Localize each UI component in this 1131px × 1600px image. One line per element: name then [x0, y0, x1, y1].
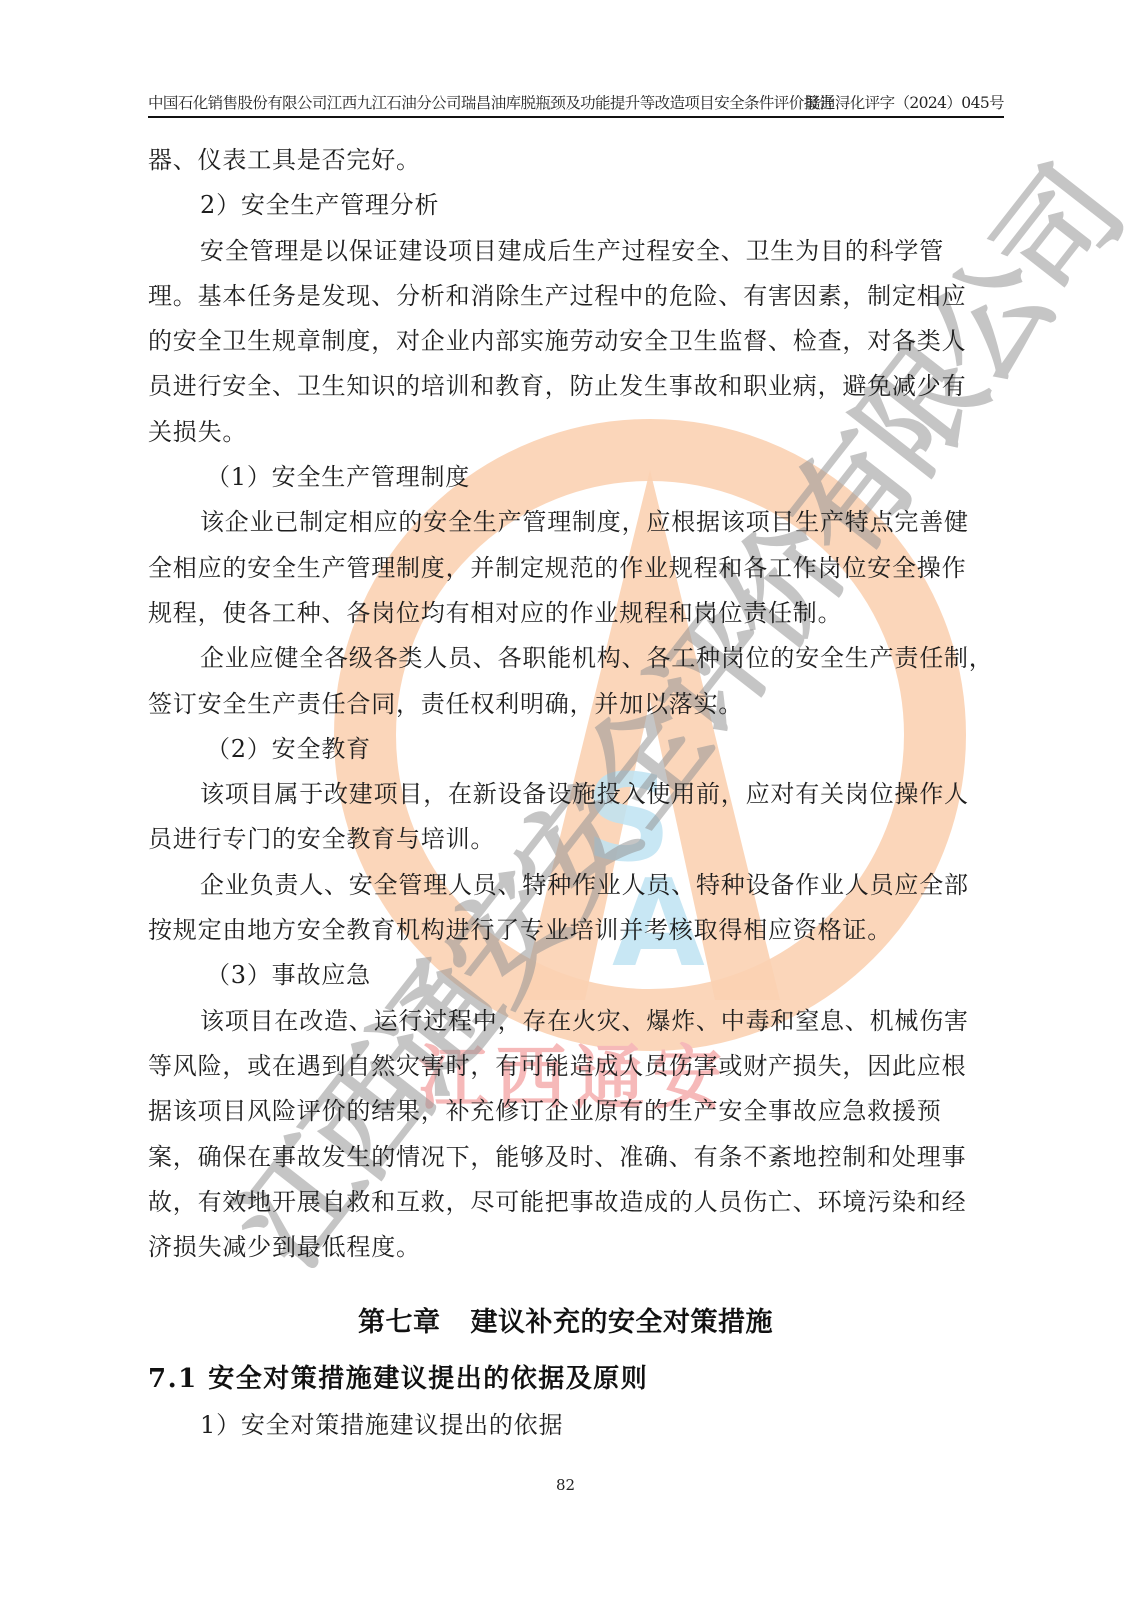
paragraph-line: 关损失。 [148, 410, 1008, 455]
report-reference-number: 赣通浔化评字（2024）045号 [805, 92, 1004, 114]
paragraph-line: 器、仪表工具是否完好。 [148, 138, 1008, 183]
paragraph-line: 签订安全生产责任合同，责任权利明确，并加以落实。 [148, 682, 1008, 727]
document-page: S A 江西通安 江西通安安全评价有限公司 中国石化销售股份有限公司江西九江石油… [0, 0, 1131, 1600]
item-heading: （1）安全生产管理制度 [148, 455, 1008, 500]
paragraph-line: 企业应健全各级各类人员、各职能机构、各工种岗位的安全生产责任制， [148, 636, 1008, 681]
section-heading: 7.1 安全对策措施建议提出的依据及原则 [148, 1358, 648, 1395]
paragraph-line: 等风险，或在遇到自然灾害时，有可能造成人员伤害或财产损失，因此应根 [148, 1044, 1008, 1089]
paragraph-line: 案，确保在事故发生的情况下，能够及时、准确、有条不紊地控制和处理事 [148, 1135, 1008, 1180]
running-header: 中国石化销售股份有限公司江西九江石油分公司瑞昌油库脱瓶颈及功能提升等改造项目安全… [148, 92, 1004, 118]
item-heading: （2）安全教育 [148, 727, 1008, 772]
paragraph-line: 据该项目风险评价的结果，补充修订企业原有的生产安全事故应急救援预 [148, 1089, 1008, 1134]
page-number: 82 [0, 1476, 1131, 1494]
item-heading: 2）安全生产管理分析 [148, 183, 1008, 228]
paragraph-line: 济损失减少到最低程度。 [148, 1225, 1008, 1270]
paragraph-line: 员进行专门的安全教育与培训。 [148, 817, 1008, 862]
chapter-title: 建议补充的安全对策措施 [471, 1307, 774, 1338]
paragraph-line: 员进行安全、卫生知识的培训和教育，防止发生事故和职业病，避免减少有 [148, 364, 1008, 409]
paragraph-line: 理。基本任务是发现、分析和消除生产过程中的危险、有害因素，制定相应 [148, 274, 1008, 319]
paragraph-line: 规程，使各工种、各岗位均有相对应的作业规程和岗位责任制。 [148, 591, 1008, 636]
report-title: 中国石化销售股份有限公司江西九江石油分公司瑞昌油库脱瓶颈及功能提升等改造项目安全… [148, 92, 833, 114]
paragraph-line: 该企业已制定相应的安全生产管理制度，应根据该项目生产特点完善健 [148, 500, 1008, 545]
paragraph-line: 该项目属于改建项目，在新设备设施投入使用前，应对有关岗位操作人 [148, 772, 1008, 817]
paragraph-line: 企业负责人、安全管理人员、特种作业人员、特种设备作业人员应全部 [148, 863, 1008, 908]
paragraph-line: 全相应的安全生产管理制度，并制定规范的作业规程和各工作岗位安全操作 [148, 546, 1008, 591]
chapter-number: 第七章 [358, 1307, 441, 1338]
body-text: 器、仪表工具是否完好。 2）安全生产管理分析 安全管理是以保证建设项目建成后生产… [148, 138, 1008, 1270]
subsection-heading: 1）安全对策措施建议提出的依据 [200, 1405, 563, 1440]
item-heading: （3）事故应急 [148, 953, 1008, 998]
paragraph-line: 安全管理是以保证建设项目建成后生产过程安全、卫生为目的科学管 [148, 229, 1008, 274]
paragraph-line: 故，有效地开展自救和互救，尽可能把事故造成的人员伤亡、环境污染和经 [148, 1180, 1008, 1225]
paragraph-line: 该项目在改造、运行过程中，存在火灾、爆炸、中毒和窒息、机械伤害 [148, 999, 1008, 1044]
chapter-heading: 第七章建议补充的安全对策措施 [0, 1300, 1131, 1339]
paragraph-line: 按规定由地方安全教育机构进行了专业培训并考核取得相应资格证。 [148, 908, 1008, 953]
paragraph-line: 的安全卫生规章制度，对企业内部实施劳动安全卫生监督、检查，对各类人 [148, 319, 1008, 364]
